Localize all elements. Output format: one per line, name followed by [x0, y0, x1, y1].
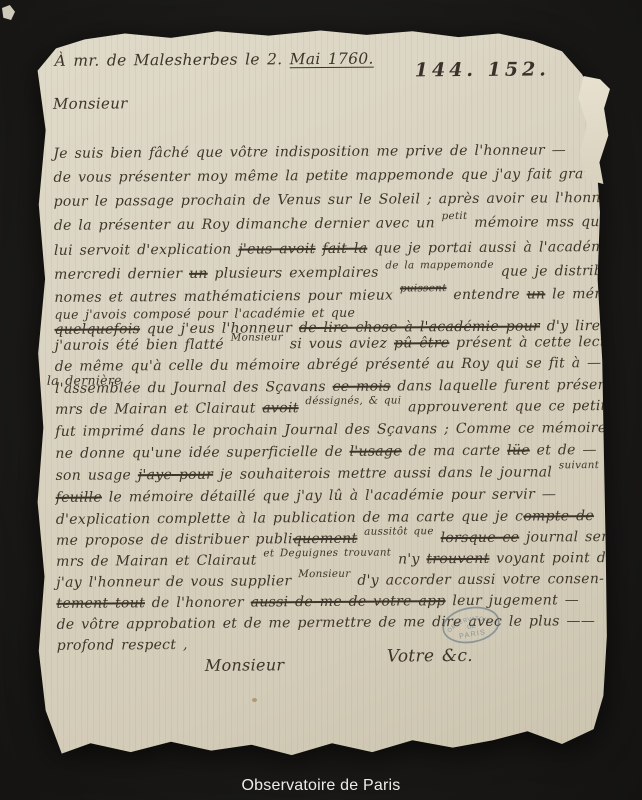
struck-text: de lire chose à l'académie pour — [299, 318, 540, 336]
handwritten-text: d'explication complette à la publication… — [56, 509, 524, 528]
handwritten-text: le mémoire étendu — [545, 285, 642, 302]
handwritten-text: mrs de Mairan et Clairaut — [56, 552, 263, 569]
handwritten-text: mrs de Mairan et Clairaut — [55, 400, 262, 417]
interline-insert: suivant — [559, 459, 599, 471]
struck-text: un — [527, 286, 546, 302]
handwritten-text: de vous présenter moy même la petite map… — [53, 166, 628, 186]
struck-text: feuille — [56, 490, 102, 506]
handwritten-text: fut imprimé dans le prochain Journal des… — [55, 420, 627, 440]
handwritten-text: de ma carte — [402, 443, 507, 460]
handwritten-text — [599, 464, 606, 480]
handwritten-text: Je suis bien fâché que vôtre indispositi… — [53, 142, 566, 162]
handwritten-text: j'aurois été bien flatté — [55, 337, 231, 354]
handwritten-text: dans laquelle furent présents — — [391, 377, 642, 395]
struck-text: fait la — [322, 241, 367, 257]
manuscript-line: tement tout de l'honorer aussi de me de … — [56, 592, 579, 612]
manuscript-line: de vous présenter moy même la petite map… — [53, 166, 628, 186]
image-caption: Observatoire de Paris — [0, 777, 642, 795]
handwritten-text: l'assemblée du Journal des Sçavans — [55, 379, 333, 397]
handwritten-text: Votre &c. — [387, 646, 473, 667]
manuscript-line: ne donne qu'une idée superficielle de l'… — [55, 442, 596, 462]
handwritten-text: mémoire mss qui — [467, 214, 604, 231]
handwritten-text: son usage — [55, 467, 137, 484]
struck-text: lorsque ce — [441, 530, 520, 547]
handwritten-text: leur jugement — — [446, 592, 580, 609]
handwritten-text: Monsieur — [53, 94, 128, 113]
handwritten-text: À mr. de Malesherbes le 2. — [55, 50, 290, 70]
manuscript-line: Votre &c. — [387, 646, 473, 667]
struck-text: tement tout — [56, 595, 145, 612]
manuscript-line: Monsieur — [205, 655, 285, 675]
folio-numbers: 144. 152. — [415, 58, 550, 81]
struck-text: pû être — [394, 335, 450, 351]
struck-text: de ce — [606, 464, 642, 480]
interline-insert: aussitôt que — [364, 525, 434, 537]
handwritten-text: ne donne qu'une idée superficielle de — [55, 444, 349, 462]
handwritten-text: de l'honorer — [145, 594, 251, 611]
manuscript-line: mrs de Mairan et Clairaut et Deguignes t… — [56, 549, 642, 570]
manuscript-line: mrs de Mairan et Clairaut avoit déssigné… — [55, 397, 642, 417]
struck-text: ce mois — [332, 379, 390, 395]
handwritten-text: d'y accorder aussi votre consen- — [350, 571, 604, 589]
handwritten-text: que je portai aussi à l'académie — — [367, 239, 639, 257]
struck-text: j'eus avoit — [238, 241, 315, 258]
struck-text: quelquefois — [54, 321, 140, 338]
manuscript-line: mercredi dernier un plusieurs exemplaire… — [54, 262, 642, 283]
handwritten-text: nomes et autres mathématiciens pour mieu… — [54, 287, 400, 305]
manuscript-line: feuille le mémoire détaillé que j'ay lû … — [56, 486, 557, 505]
handwritten-text: de vôtre approbation et de me permettre … — [57, 613, 596, 633]
manuscript-line: son usage j'aye pour je souhaiterois met… — [55, 464, 642, 484]
handwritten-text: pour le passage prochain de Venus sur le… — [54, 190, 626, 210]
struck-text: puissent — [400, 282, 447, 294]
manuscript-text-layer: 144. 152. À mr. de Malesherbes le 2. Mai… — [30, 24, 610, 772]
handwritten-text: Mai 1760. — [290, 50, 374, 69]
letter-sheet-wrap: 144. 152. À mr. de Malesherbes le 2. Mai… — [33, 26, 608, 770]
struck-text: lüe — [507, 443, 530, 459]
struck-text: avoit — [262, 400, 298, 416]
handwritten-text: profond respect , — [57, 637, 188, 654]
handwritten-text: et de — — [530, 442, 597, 458]
handwritten-text: mercredi dernier — [54, 266, 189, 283]
struck-text: l'usage — [349, 443, 401, 459]
interline-insert: Monsieur — [298, 568, 350, 580]
interline-insert: de la mappemonde — [385, 259, 494, 272]
manuscript-line: de la présenter au Roy dimanche dernier … — [54, 214, 605, 234]
manuscript-line: fut imprimé dans le prochain Journal des… — [55, 420, 627, 440]
handwritten-text: me propose de distribuer publi — [56, 531, 293, 549]
manuscript-line: profond respect , — [57, 637, 188, 654]
struck-text: un — [189, 266, 208, 282]
interline-insert: Monsieur — [231, 331, 283, 343]
photographed-manuscript: 144. 152. À mr. de Malesherbes le 2. Mai… — [0, 0, 642, 800]
handwritten-text: voyant point de difficulté — [489, 549, 642, 566]
struck-text: aussi de me de votre app — [251, 593, 446, 610]
handwritten-text: d'y lire . — [540, 318, 612, 335]
handwritten-text: Monsieur — [205, 655, 285, 675]
manuscript-line: lui servoit d'explication j'eus avoit fa… — [54, 239, 639, 259]
manuscript-line: j'aurois été bien flatté Monsieur si vou… — [55, 334, 642, 354]
handwritten-text: que je distribuai — [494, 263, 633, 280]
struck-text: trouvent — [426, 551, 489, 567]
manuscript-line: j'ay l'honneur de vous supplier Monsieur… — [56, 571, 604, 591]
struck-text: quement — [293, 531, 358, 547]
struck-text: ompte de — [523, 508, 594, 524]
handwritten-text: n'y — [391, 551, 426, 567]
manuscript-line: de vôtre approbation et de me permettre … — [57, 613, 596, 633]
handwritten-text: je souhaiterois mettre aussi dans le jou… — [213, 464, 559, 482]
struck-text: et — [633, 263, 642, 279]
handwritten-text: journal sera imprimé — — [519, 528, 642, 545]
handwritten-text: lui servoit d'explication — [54, 242, 238, 259]
interline-insert: petit — [442, 210, 468, 222]
handwritten-text: présent à cette lecture . — [449, 334, 642, 351]
manuscript-line: me propose de distribuer publiquement au… — [56, 528, 642, 549]
backdrop-paper-fragment — [2, 5, 15, 20]
manuscript-line: Monsieur — [53, 94, 128, 113]
handwritten-text: le mémoire détaillé que j'ay lû à l'acad… — [102, 486, 556, 505]
handwritten-text: entendre — [447, 287, 527, 304]
interline-insert: et Deguignes trouvant — [263, 547, 391, 560]
manuscript-line: À mr. de Malesherbes le 2. Mai 1760. — [55, 50, 374, 70]
interline-insert: déssignés, & qui — [305, 394, 401, 407]
handwritten-text: si vous aviez — [283, 335, 394, 352]
struck-text: j'aye pour — [138, 467, 213, 484]
manuscript-line: nomes et autres mathématiciens pour mieu… — [54, 285, 642, 305]
letter-sheet: 144. 152. À mr. de Malesherbes le 2. Mai… — [33, 26, 608, 770]
manuscript-line: de même qu'à celle du mémoire abrégé pré… — [55, 355, 602, 375]
handwritten-text: de la présenter au Roy dimanche dernier … — [54, 215, 442, 234]
manuscript-line: Je suis bien fâché que vôtre indispositi… — [53, 142, 566, 162]
manuscript-line: d'explication complette à la publication… — [56, 508, 594, 528]
handwritten-text: j'ay l'honneur de vous supplier — [56, 573, 298, 591]
handwritten-text: approuverent que ce petit mémoire — — [401, 397, 642, 415]
handwritten-text: de même qu'à celle du mémoire abrégé pré… — [55, 355, 602, 375]
handwritten-text: plusieurs exemplaires — [208, 265, 386, 282]
manuscript-line: pour le passage prochain de Venus sur le… — [54, 190, 626, 210]
